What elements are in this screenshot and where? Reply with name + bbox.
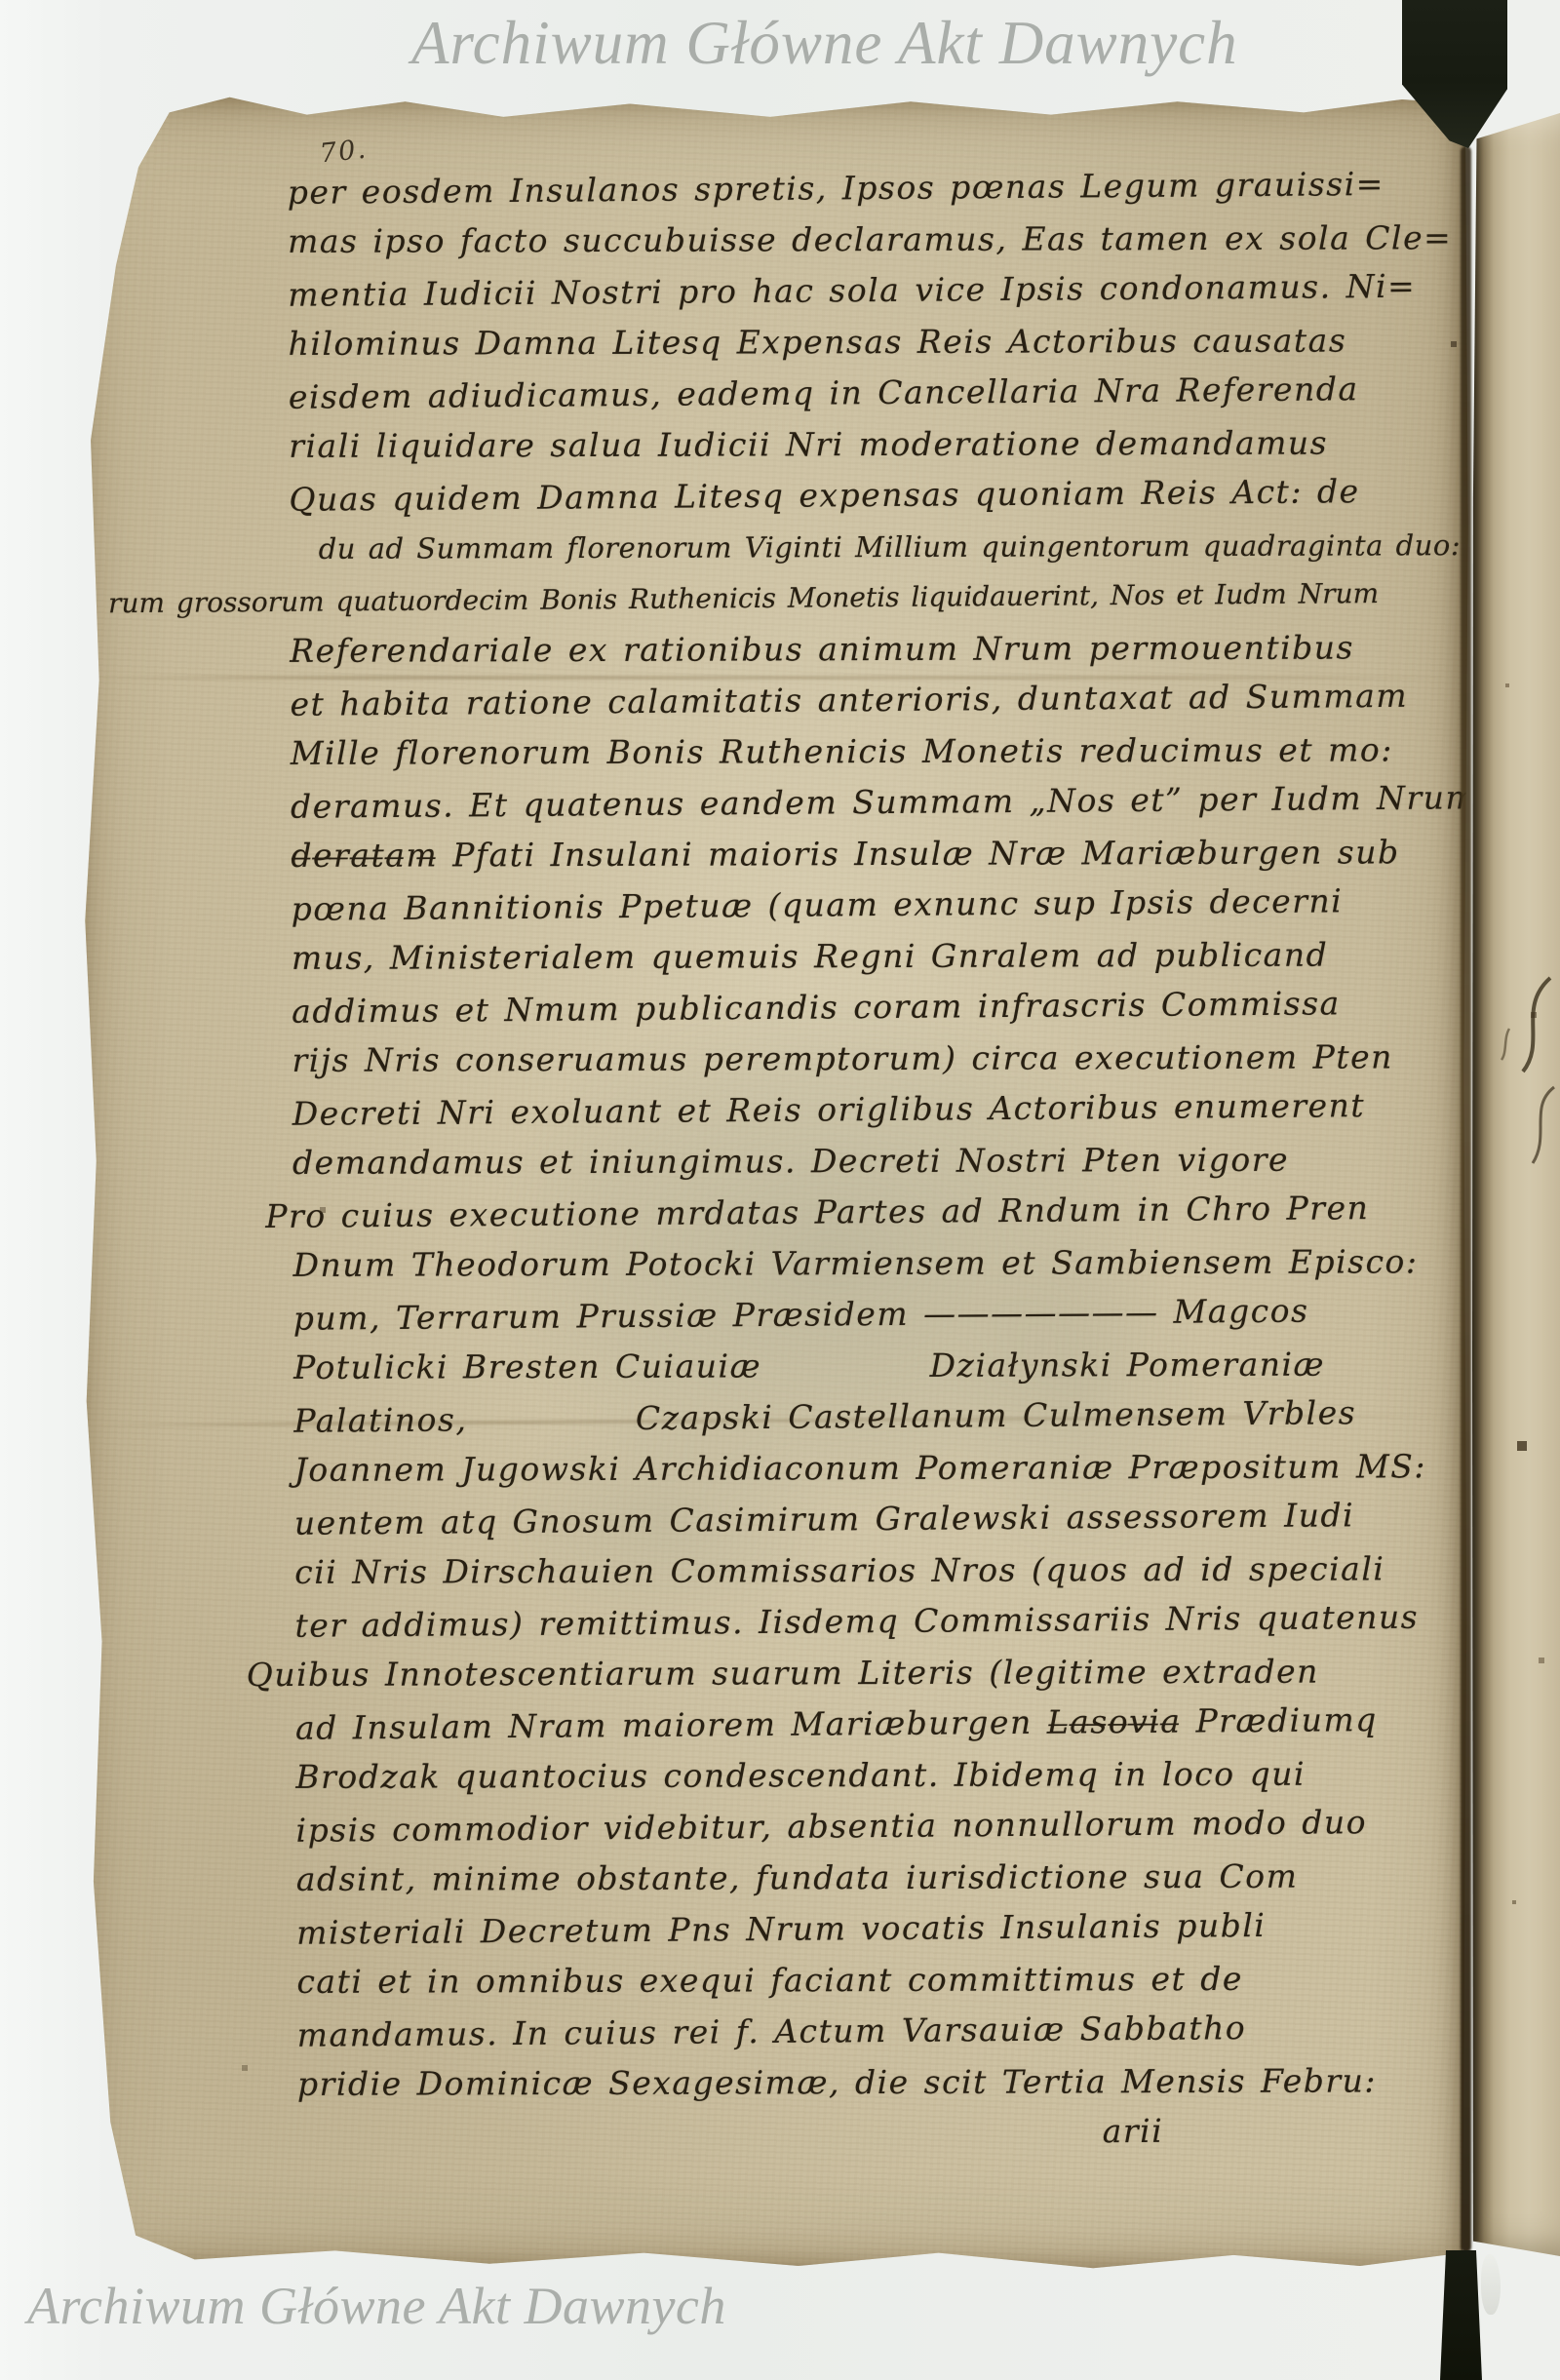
- manuscript-line: eisdem adiudicamus, eademq in Cancellari…: [289, 363, 1476, 423]
- manuscript-line: pœna Bannitionis Ppetuæ (quam exnunc sup…: [291, 875, 1478, 935]
- manuscript-line: rum grossorum quatuordecim Bonis Rutheni…: [290, 567, 1477, 628]
- ink-specks: [0, 0, 2, 2]
- manuscript-line: deramus. Et quatenus eandem Summam „Nos …: [291, 772, 1478, 833]
- manuscript-line: mandamus. In cuius rei f. Actum Varsauiæ…: [296, 2001, 1484, 2061]
- manuscript-line: du ad Summam florenorum Viginti Millium …: [290, 520, 1477, 574]
- manuscript-line: ad Insulam Nram maiorem Mariæburgen L̶a̶…: [295, 1694, 1483, 1754]
- manuscript-line: arii: [297, 2103, 1485, 2164]
- manuscript-line: riali liquidare salua Iudicii Nri modera…: [289, 417, 1476, 472]
- manuscript-line: pum, Terrarum Prussiæ Præsidem ——————— M…: [293, 1284, 1481, 1345]
- manuscript-line: Joannem Jugowski Archidiaconum Pomeraniæ…: [294, 1441, 1482, 1496]
- manuscript-line: demandamus et iniungimus. Decreti Nostri…: [292, 1134, 1480, 1189]
- manuscript-line: Quibus Innotescentiarum suarum Literis (…: [295, 1646, 1483, 1700]
- manuscript-line: misteriali Decretum Pns Nrum vocatis Ins…: [296, 1898, 1484, 1959]
- archive-watermark-bottom: Archiwum Główne Akt Dawnych: [27, 2276, 726, 2336]
- manuscript-line: et habita ratione calamitatis anterioris…: [290, 670, 1477, 730]
- manuscript-line: rijs Nris conseruamus peremptorum) circa…: [292, 1032, 1479, 1086]
- paper-sliver: [1481, 2254, 1501, 2315]
- book-gutter: [1461, 146, 1471, 2252]
- manuscript-line: addimus et Nmum publicandis coram infras…: [292, 977, 1479, 1037]
- binding-tape-bottom: [1440, 2250, 1482, 2380]
- manuscript-line: pridie Dominicæ Sexagesimæ, die scit Ter…: [297, 2055, 1485, 2110]
- manuscript-line: Pro cuius executione mrdatas Partes ad R…: [292, 1182, 1480, 1242]
- archive-watermark-top: Archiwum Główne Akt Dawnych: [411, 8, 1238, 79]
- manuscript-line: Dnum Theodorum Potocki Varmiensem et Sam…: [292, 1236, 1480, 1291]
- manuscript-line: Palatinos, Czapski Castellanum Culmensem…: [293, 1386, 1481, 1447]
- manuscript-line: Referendariale ex rationibus animum Nrum…: [290, 622, 1477, 677]
- manuscript-line: d̶e̶r̶a̶t̶a̶m̶ Pfati Insulani maioris In…: [291, 827, 1478, 881]
- manuscript-line: uentem atq Gnosum Casimirum Gralewski as…: [294, 1489, 1482, 1549]
- manuscript-line: mentia Iudicii Nostri pro hac sola vice …: [288, 260, 1475, 321]
- page-number: 70.: [319, 135, 370, 170]
- manuscript-line: Brodzak quantocius condescendant. Ibidem…: [295, 1748, 1483, 1803]
- manuscript-text-block: per eosdem Insulanos spretis, Ipsos pœna…: [288, 160, 1486, 2163]
- manuscript-line: mas ipso facto succubuisse declaramus, E…: [288, 213, 1475, 267]
- manuscript-line: cati et in omnibus exequi faciant commit…: [296, 1953, 1484, 2008]
- archive-scan: 70. per eosdem Insulanos spretis, Ipsos …: [0, 0, 1560, 2380]
- manuscript-line: cii Nris Dirschauien Commissarios Nros (…: [294, 1543, 1482, 1598]
- manuscript-line: mus, Ministerialem quemuis Regni Gnralem…: [292, 929, 1479, 984]
- manuscript-line: Decreti Nri exoluant et Reis origlibus A…: [292, 1079, 1480, 1140]
- stray-ink-strokes: [1490, 970, 1560, 1194]
- manuscript-line: adsint, minime obstante, fundata iurisdi…: [296, 1851, 1484, 1905]
- manuscript-page: 70. per eosdem Insulanos spretis, Ipsos …: [68, 91, 1472, 2275]
- manuscript-line: Quas quidem Damna Litesq expensas quonia…: [289, 465, 1476, 526]
- manuscript-line: per eosdem Insulanos spretis, Ipsos pœna…: [288, 158, 1475, 218]
- manuscript-line: hilominus Damna Litesq Expensas Reis Act…: [289, 315, 1476, 370]
- manuscript-line: ipsis commodior videbitur, absentia nonn…: [295, 1796, 1483, 1856]
- manuscript-line: ter addimus) remittimus. Iisdemq Commiss…: [294, 1591, 1482, 1652]
- manuscript-line: Mille florenorum Bonis Ruthenicis Moneti…: [291, 724, 1478, 779]
- manuscript-line: Potulicki Bresten Cuiauiæ Działynski Pom…: [293, 1339, 1481, 1393]
